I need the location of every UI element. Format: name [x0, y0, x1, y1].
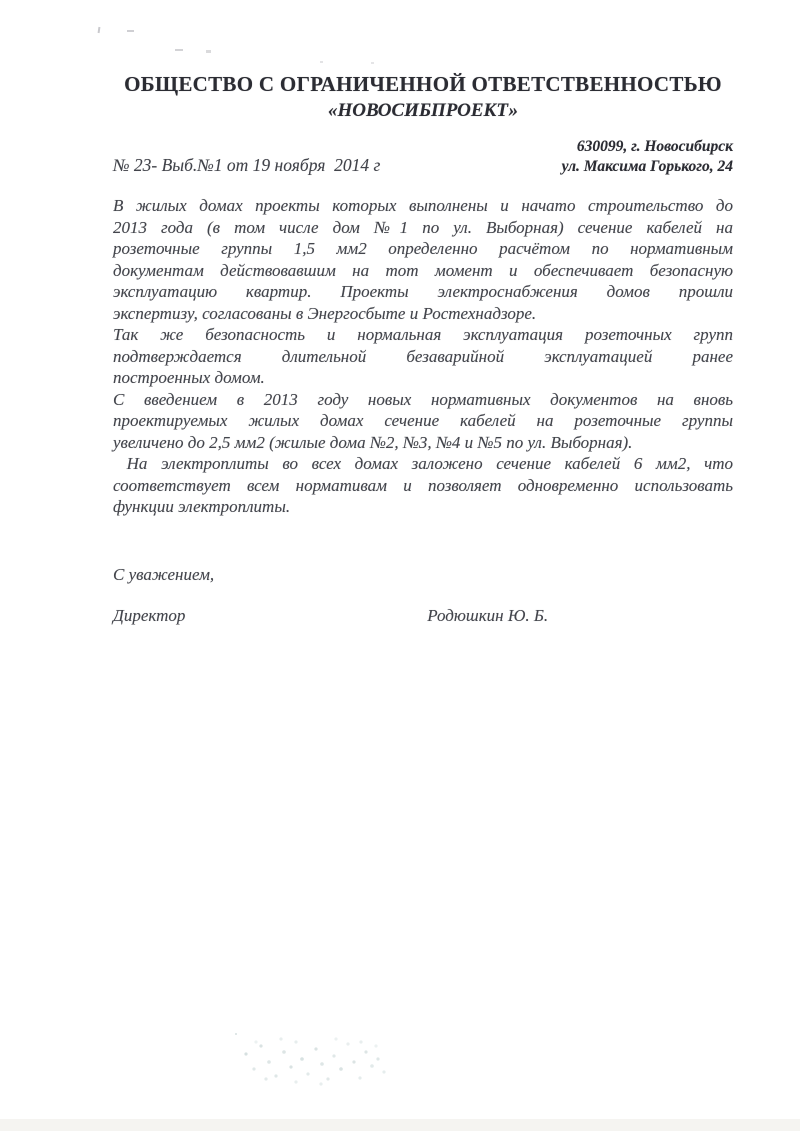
body-line: эксплуатацию квартир. Проекты электросна…	[113, 281, 733, 303]
organization-address: 630099, г. Новосибирск ул. Максима Горьк…	[562, 137, 733, 177]
address-line-1: 630099, г. Новосибирск	[562, 137, 733, 157]
body-line: функции электроплиты.	[113, 496, 733, 518]
scan-artifact	[98, 27, 101, 33]
body-line: соответствует всем нормативам и позволяе…	[113, 475, 733, 497]
address-line-2: ул. Максима Горького, 24	[562, 157, 733, 177]
scan-edge-shadow	[0, 1119, 800, 1131]
organization-short-name: «НОВОСИБПРОЕКТ»	[113, 100, 733, 122]
scan-smudge	[235, 1033, 237, 1035]
organization-name: ОБЩЕСТВО С ОГРАНИЧЕННОЙ ОТВЕТСТВЕННОСТЬЮ	[113, 72, 733, 97]
body-paragraph: С введением в 2013 году новых нормативны…	[113, 389, 733, 454]
body-paragraph: В жилых домах проекты которых выполнены …	[113, 195, 733, 324]
body-line: проектируемых жилых домах сечение кабеле…	[113, 410, 733, 432]
body-line: Так же безопасность и нормальная эксплуа…	[113, 324, 733, 346]
body-line: На электроплиты во всех домах заложено с…	[113, 453, 733, 475]
signer-name: Родюшкин Ю. Б.	[427, 606, 548, 626]
body-paragraph: На электроплиты во всех домах заложено с…	[113, 453, 733, 518]
letterhead: ОБЩЕСТВО С ОГРАНИЧЕННОЙ ОТВЕТСТВЕННОСТЬЮ…	[113, 72, 733, 122]
body-line: экспертизу, согласованы в Энергосбыте и …	[113, 303, 733, 325]
body-line: В жилых домах проекты которых выполнены …	[113, 195, 733, 217]
letter-body: В жилых домах проекты которых выполнены …	[113, 195, 733, 518]
body-paragraph: Так же безопасность и нормальная эксплуа…	[113, 324, 733, 389]
signer-title: Директор	[113, 606, 423, 626]
reference-number-and-date: № 23- Выб.№1 от 19 ноября 2014 г	[113, 155, 380, 177]
closing-phrase: С уважением,	[113, 565, 214, 585]
scanned-letter-page: ОБЩЕСТВО С ОГРАНИЧЕННОЙ ОТВЕТСТВЕННОСТЬЮ…	[0, 0, 800, 1131]
body-line: 2013 года (в том числе дом №1 по ул. Выб…	[113, 217, 733, 239]
signature-block: Директор Родюшкин Ю. Б.	[113, 606, 733, 626]
body-line: документам действовавшим на тот момент и…	[113, 260, 733, 282]
body-line: увеличено до 2,5 мм2 (жилые дома №2, №3,…	[113, 432, 733, 454]
body-line: розеточные группы 1,5 мм2 определенно ра…	[113, 238, 733, 260]
body-line: построенных домом.	[113, 367, 733, 389]
letter-content: ОБЩЕСТВО С ОГРАНИЧЕННОЙ ОТВЕТСТВЕННОСТЬЮ…	[113, 0, 733, 1131]
body-line: подтверждается длительной безаварийной э…	[113, 346, 733, 368]
letter-meta: № 23- Выб.№1 от 19 ноября 2014 г 630099,…	[113, 137, 733, 177]
body-line: С введением в 2013 году новых нормативны…	[113, 389, 733, 411]
